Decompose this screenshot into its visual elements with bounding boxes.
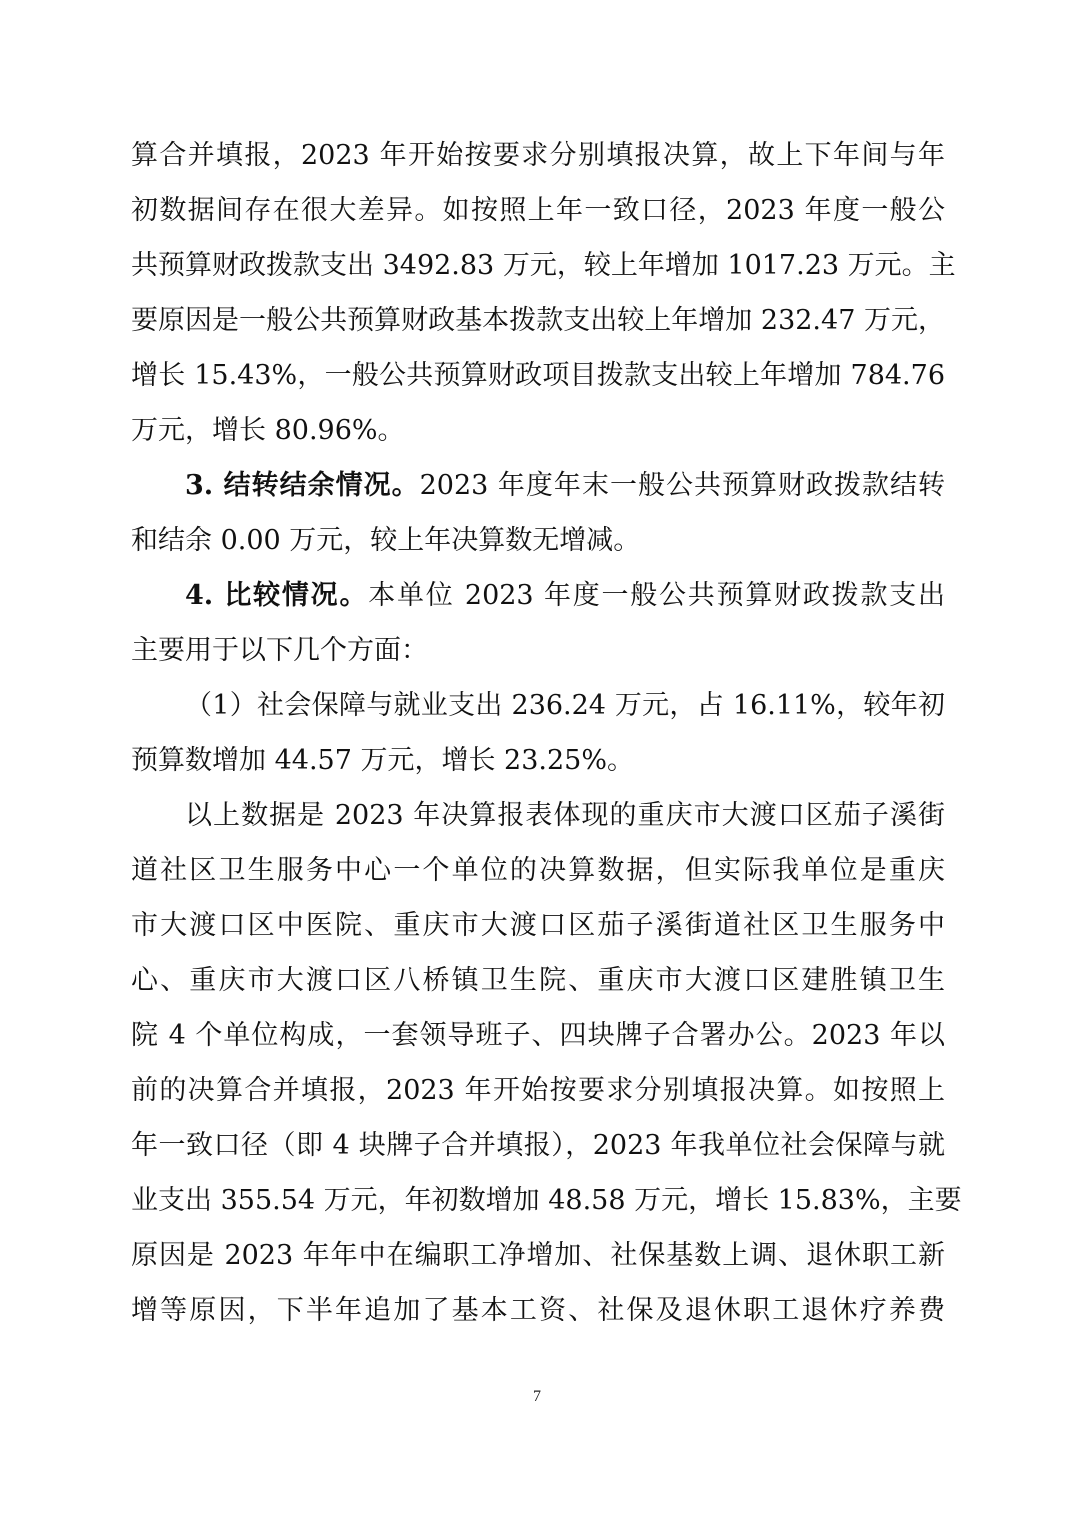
note-line: 心、重庆市大渡口区八桥镇卫生院、重庆市大渡口区建胜镇卫生	[131, 953, 945, 1008]
note-line: 前的决算合并填报，2023 年开始按要求分别填报决算。如按照上	[131, 1063, 945, 1118]
note-line: 院 4 个单位构成，一套领导班子、四块牌子合署办公。2023 年以	[131, 1008, 945, 1063]
note-line: 原因是 2023 年年中在编职工净增加、社保基数上调、退休职工新	[131, 1228, 945, 1283]
document-body: 算合并填报，2023 年开始按要求分别填报决算，故上下年间与年 初数据间存在很大…	[131, 128, 945, 1338]
note-line: 以上数据是 2023 年决算报表体现的重庆市大渡口区茄子溪街	[131, 788, 945, 843]
note-line: 业支出 355.54 万元，年初数增加 48.58 万元，增长 15.83%，主…	[131, 1173, 945, 1228]
text-line: 主要用于以下几个方面：	[131, 623, 945, 678]
text-line: 增长 15.43%，一般公共预算财政项目拨款支出较上年增加 784.76	[131, 348, 945, 403]
text-line: 和结余 0.00 万元，较上年决算数无增减。	[131, 513, 945, 568]
document-page: 算合并填报，2023 年开始按要求分别填报决算，故上下年间与年 初数据间存在很大…	[0, 0, 1074, 1520]
section-3-text: 2023 年度年末一般公共预算财政拨款结转	[420, 470, 945, 501]
text-line: 初数据间存在很大差异。如按照上年一致口径，2023 年度一般公	[131, 183, 945, 238]
note-line: 增等原因，下半年追加了基本工资、社保及退休职工退休疗养费	[131, 1283, 945, 1338]
text-line: 算合并填报，2023 年开始按要求分别填报决算，故上下年间与年	[131, 128, 945, 183]
item-1-line: （1）社会保障与就业支出 236.24 万元，占 16.11%，较年初	[131, 678, 945, 733]
section-3-paragraph: 3. 结转结余情况。2023 年度年末一般公共预算财政拨款结转	[131, 458, 945, 513]
text-line: 预算数增加 44.57 万元，增长 23.25%。	[131, 733, 945, 788]
note-line: 年一致口径（即 4 块牌子合并填报），2023 年我单位社会保障与就	[131, 1118, 945, 1173]
note-line: 道社区卫生服务中心一个单位的决算数据，但实际我单位是重庆	[131, 843, 945, 898]
section-4-paragraph: 4. 比较情况。本单位 2023 年度一般公共预算财政拨款支出	[131, 568, 945, 623]
section-3-heading: 3. 结转结余情况。	[185, 470, 420, 501]
section-4-text: 本单位 2023 年度一般公共预算财政拨款支出	[368, 580, 945, 611]
text-line: 万元，增长 80.96%。	[131, 403, 945, 458]
text-line: 要原因是一般公共预算财政基本拨款支出较上年增加 232.47 万元，	[131, 293, 945, 348]
note-line: 市大渡口区中医院、重庆市大渡口区茄子溪街道社区卫生服务中	[131, 898, 945, 953]
section-4-heading: 4. 比较情况。	[185, 580, 368, 611]
page-number: 7	[0, 1388, 1074, 1406]
text-line: 共预算财政拨款支出 3492.83 万元，较上年增加 1017.23 万元。主	[131, 238, 945, 293]
